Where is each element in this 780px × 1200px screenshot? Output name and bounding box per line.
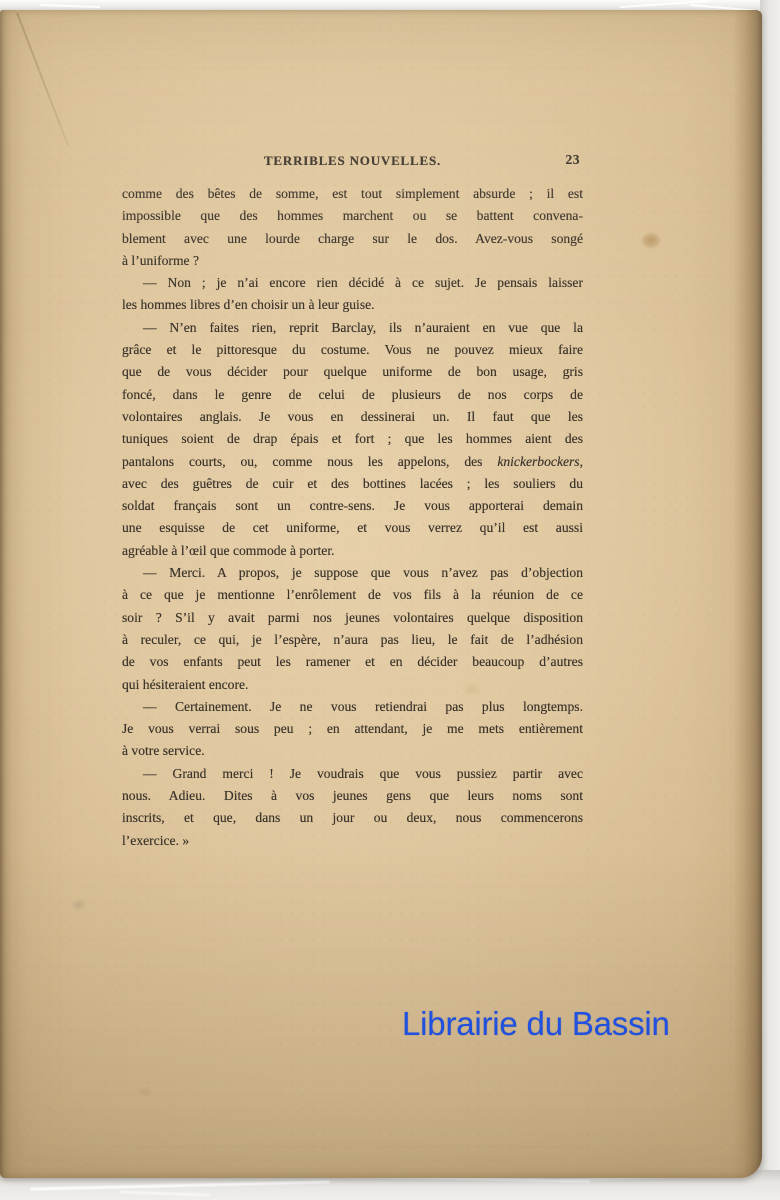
text-line: nous. Adieu. Dites à vos jeunes gens que… <box>122 785 583 807</box>
text-line: à ce que je mentionne l’enrôlement de vo… <box>122 584 583 606</box>
paper-stain <box>70 898 87 912</box>
text-line: inscrits, et que, dans un jour ou deux, … <box>122 807 583 829</box>
running-header: TERRIBLES NOUVELLES. 23 <box>122 153 583 170</box>
running-header-title: TERRIBLES NOUVELLES. <box>264 153 441 168</box>
text-line: pantalons courts, ou, comme nous les app… <box>122 451 583 473</box>
text-line: qui hésiteraient encore. <box>122 674 583 696</box>
text-line: foncé, dans le genre de celui de plusieu… <box>122 384 583 406</box>
text-line: — Non ; je n’ai encore rien décidé à ce … <box>122 272 583 294</box>
text-line: volontaires anglais. Je vous en dessiner… <box>122 406 583 428</box>
text-line: les hommes libres d’en choisir un à leur… <box>122 294 583 316</box>
text-line: à l’uniforme ? <box>122 250 583 272</box>
text-line: — Merci. A propos, je suppose que vous n… <box>122 562 583 584</box>
text-line: grâce et le pittoresque du costume. Vous… <box>122 339 583 361</box>
page-text: comme des bêtes de somme, est tout simpl… <box>122 183 583 852</box>
text-line: — N’en faites rien, reprit Barclay, ils … <box>122 317 583 339</box>
book-page: TERRIBLES NOUVELLES. 23 comme des bêtes … <box>0 10 762 1178</box>
text-line: avec des guêtres de cuir et des bottines… <box>122 473 583 495</box>
watermark-text: Librairie du Bassin <box>402 1005 670 1043</box>
paper-crease <box>16 12 68 145</box>
text-line: l’exercice. » <box>122 830 583 852</box>
text-line: à reculer, ce qui, je l’espère, n’aura p… <box>122 629 583 651</box>
text-line: que de vous décider pour quelque uniform… <box>122 361 583 383</box>
text-line: agréable à l’œil que commode à porter. <box>122 540 583 562</box>
text-line: soir ? S’il y avait parmi nos jeunes vol… <box>122 607 583 629</box>
text-line: impossible que des hommes marchent ou se… <box>122 205 583 227</box>
text-line: de vos enfants peut les ramener et en dé… <box>122 651 583 673</box>
paper-stain <box>641 232 661 249</box>
plastic-wrap-right <box>760 0 780 1200</box>
text-line: blement avec une lourde charge sur le do… <box>122 228 583 250</box>
text-line: comme des bêtes de somme, est tout simpl… <box>122 183 583 205</box>
text-line: — Certainement. Je ne vous retiendrai pa… <box>122 696 583 718</box>
text-line: à votre service. <box>122 740 583 762</box>
text-line: une esquisse de cet uniforme, et vous ve… <box>122 517 583 539</box>
text-line: tuniques soient de drap épais et fort ; … <box>122 428 583 450</box>
page-number: 23 <box>566 152 581 168</box>
text-line: Je vous verrai sous peu ; en attendant, … <box>122 718 583 740</box>
paper-stain <box>137 1086 153 1098</box>
text-line: soldat français sont un contre-sens. Je … <box>122 495 583 517</box>
photo-of-book-page: { "photo": { "type": "scanned-book-page"… <box>0 0 780 1200</box>
text-line: — Grand merci ! Je voudrais que vous pus… <box>122 763 583 785</box>
